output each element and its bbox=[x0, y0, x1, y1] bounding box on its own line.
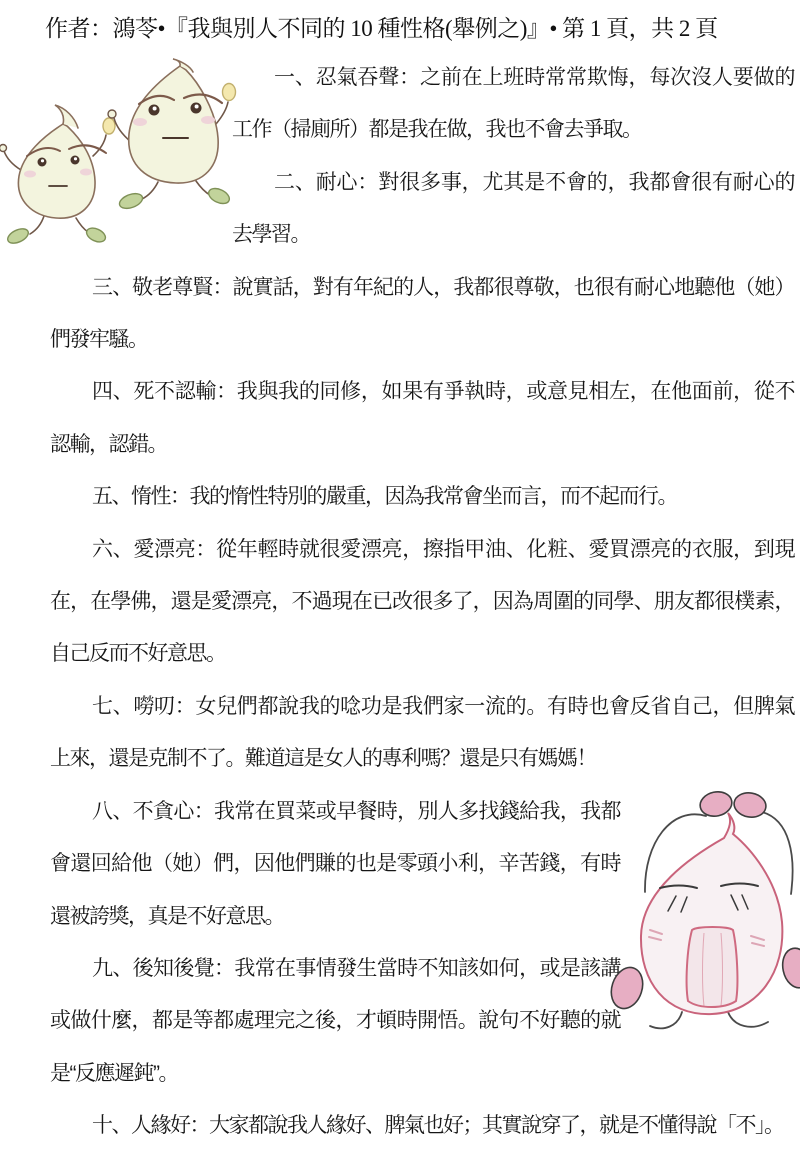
document-body: 一、忍氣吞聲：之前在上班時常常欺悔，每次沒人要做的 工作（掃廁所）都是我在做，我… bbox=[50, 52, 794, 1153]
text-line: 三、敬老尊賢：說實話，對有年紀的人，我都很尊敬，也很有耐心地聽他（她） bbox=[50, 262, 794, 314]
paragraph-10: 十、人緣好：大家都說我人緣好、脾氣也好；其實說穿了，就是不懂得說「不」。 bbox=[50, 1100, 794, 1152]
pink-teardrop-character bbox=[606, 789, 800, 1028]
paragraph-3: 三、敬老尊賢：說實話，對有年紀的人，我都很尊敬，也很有耐心地聽他（她） 們發牢騷… bbox=[50, 262, 794, 367]
text-line: 五、惰性：我的惰性特別的嚴重，因為我常會坐而言，而不起而行。 bbox=[50, 471, 794, 523]
document-header: 作者：鴻苓•『我與別人不同的 10 種性格(舉例之)』• 第 1 頁，共 2 頁 bbox=[0, 0, 800, 52]
text-line: 在，在學佛，還是愛漂亮，不過現在已改很多了，因為周圍的同學、朋友都很樸素， bbox=[50, 576, 794, 628]
text-line: 十、人緣好：大家都說我人緣好、脾氣也好；其實說穿了，就是不懂得說「不」。 bbox=[50, 1100, 794, 1152]
text-line: 六、愛漂亮：從年輕時就很愛漂亮，擦指甲油、化粧、愛買漂亮的衣服，到現 bbox=[50, 524, 794, 576]
paragraph-4: 四、死不認輸：我與我的同修，如果有爭執時，或意見相左，在他面前，從不 認輸，認錯… bbox=[50, 366, 794, 471]
text-line: 認輸，認錯。 bbox=[50, 419, 794, 471]
sprout-character-large bbox=[108, 59, 236, 211]
paragraph-5: 五、惰性：我的惰性特別的嚴重，因為我常會坐而言，而不起而行。 bbox=[50, 471, 794, 523]
document-page: 作者：鴻苓•『我與別人不同的 10 種性格(舉例之)』• 第 1 頁，共 2 頁 bbox=[0, 0, 800, 1160]
pink-teardrop-character-illustration bbox=[620, 786, 800, 1041]
paragraph-7: 七、嘮叨：女兒們都說我的唸功是我們家一流的。有時也會反省自己，但脾氣 上來，還是… bbox=[50, 681, 794, 786]
open-mouth-icon bbox=[687, 927, 738, 1007]
sprout-character-small bbox=[0, 105, 115, 246]
text-line: 是“反應遲鈍”。 bbox=[50, 1048, 794, 1100]
paragraph-6: 六、愛漂亮：從年輕時就很愛漂亮，擦指甲油、化粧、愛買漂亮的衣服，到現 在，在學佛… bbox=[50, 524, 794, 681]
text-line: 自己反而不好意思。 bbox=[50, 628, 794, 680]
text-line: 上來，還是克制不了。難道這是女人的專利嗎？還是只有媽媽！ bbox=[50, 733, 794, 785]
text-line: 四、死不認輸：我與我的同修，如果有爭執時，或意見相左，在他面前，從不 bbox=[50, 366, 794, 418]
sprout-characters-illustration bbox=[0, 52, 232, 240]
text-line: 們發牢騷。 bbox=[50, 314, 794, 366]
text-line: 七、嘮叨：女兒們都說我的唸功是我們家一流的。有時也會反省自己，但脾氣 bbox=[50, 681, 794, 733]
